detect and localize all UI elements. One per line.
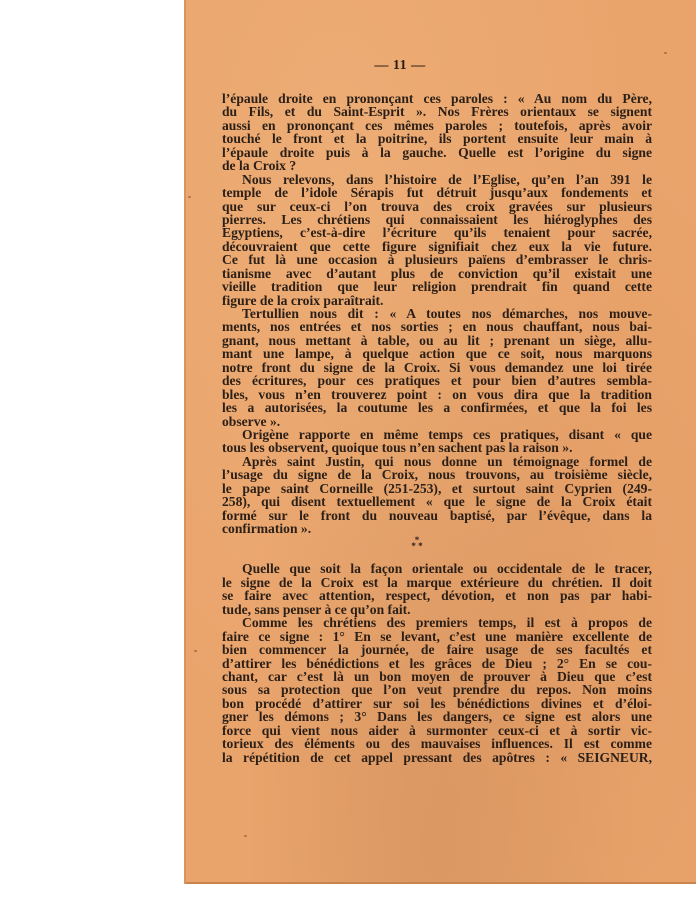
paragraph: l’épaule droite en prononçant ces parole… (222, 92, 652, 173)
text-line: gner les démons ; 3° Dans les dangers, c… (222, 710, 652, 723)
text-line: confirmation ». (222, 522, 652, 535)
paragraph: Après saint Justin, qui nous donne un té… (222, 455, 652, 536)
text-line: 258), qui disent textuellement « que le … (222, 495, 652, 508)
text-line: le pape saint Corneille (251-253), et su… (222, 482, 652, 495)
text-line: mant une lampe, à quelque action que ce … (222, 347, 652, 360)
text-line: l’usage du signe de la Croix, nous trouv… (222, 468, 652, 481)
text-line: temple de l’idole Sérapis fut détruit ju… (222, 186, 652, 199)
text-line: le signe de la Croix est la marque extér… (222, 576, 652, 589)
text-line: tous les observent, quoique tous n’en sa… (222, 441, 652, 454)
text-line: du Fils, et du Saint-Esprit ». Nos Frère… (222, 105, 652, 118)
text-line: la répétition de cet appel pressant des … (222, 751, 652, 764)
text-line: formé sur le front du nouveau baptisé, p… (222, 509, 652, 522)
text-line: l’épaule droite en prononçant ces parole… (222, 92, 652, 105)
text-line: Ce fut là une occasion à plusieurs païen… (222, 253, 652, 266)
text-line: les a autorisées, la coutume les a confi… (222, 401, 652, 414)
text-line: faire ce signe : 1° En se levant, c’est … (222, 630, 652, 643)
paragraph: Tertullien nous dit : « A toutes nos dém… (222, 307, 652, 428)
section-separator: * * * (222, 535, 652, 562)
paragraph: Comme les chrétiens des premiers temps, … (222, 616, 652, 764)
paragraph: Nous relevons, dans l’histoire de l’Egli… (222, 173, 652, 307)
text-line: force qui vient nous aider à surmonter c… (222, 724, 652, 737)
text-line: torieux des éléments ou des mauvaises in… (222, 737, 652, 750)
text-line: Comme les chrétiens des premiers temps, … (222, 616, 652, 629)
text-line: figure de la croix paraîtrait. (222, 294, 652, 307)
asterism: * * * (407, 537, 427, 549)
text-line: bles, vous n’en trouverez point : on vou… (222, 388, 652, 401)
text-line: découvraient que cette figure signifiait… (222, 240, 652, 253)
page-number: — 11 — (368, 58, 432, 74)
text-line: Quelle que soit la façon orientale ou oc… (222, 562, 652, 575)
text-line: notre front du signe de la Croix. Si vou… (222, 361, 652, 374)
text-line: tianisme avec d’autant plus de convictio… (222, 267, 652, 280)
text-line: d’attirer les bénédictions et les grâces… (222, 657, 652, 670)
text-line: pierres. Les chrétiens qui connaissaient… (222, 213, 652, 226)
text-line: Nous relevons, dans l’histoire de l’Egli… (222, 173, 652, 186)
text-line: que sur ceux-ci l’on trouva des croix gr… (222, 200, 652, 213)
paragraph: Quelle que soit la façon orientale ou oc… (222, 562, 652, 616)
text-line: Egyptiens, c’est-à-dire l’écriture qu’il… (222, 226, 652, 239)
text-line: ments, nos entrées et nos sorties ; en n… (222, 320, 652, 333)
text-line: se faire avec attention, respect, dévoti… (222, 589, 652, 602)
text-line: aussi en prononçant ces mêmes paroles ; … (222, 119, 652, 132)
text-line: l’épaule droite puis à la gauche. Quelle… (222, 146, 652, 159)
text-line: touché le front et la poitrine, ils port… (222, 132, 652, 145)
text-line: tude, sans penser à ce qu’on fait. (222, 603, 652, 616)
body-text: l’épaule droite en prononçant ces parole… (222, 92, 652, 764)
text-line: sous sa protection que l’on veut prendre… (222, 683, 652, 696)
text-line: bien commencer la journée, de faire usag… (222, 643, 652, 656)
text-line: Origène rapporte en même temps ces prati… (222, 428, 652, 441)
text-line: de la Croix ? (222, 159, 652, 172)
text-line: vieille tradition que leur religion pren… (222, 280, 652, 293)
text-line: Tertullien nous dit : « A toutes nos dém… (222, 307, 652, 320)
text-line: observe ». (222, 415, 652, 428)
text-line: des écritures, pour ces pratiques et pou… (222, 374, 652, 387)
text-line: Après saint Justin, qui nous donne un té… (222, 455, 652, 468)
text-line: bon procédé d’attirer sur soi les bénédi… (222, 697, 652, 710)
text-line: chant, car c’est là un bon moyen de prou… (222, 670, 652, 683)
paragraph: Origène rapporte en même temps ces prati… (222, 428, 652, 455)
text-line: gnant, nous mettant à table, ou au lit ;… (222, 334, 652, 347)
